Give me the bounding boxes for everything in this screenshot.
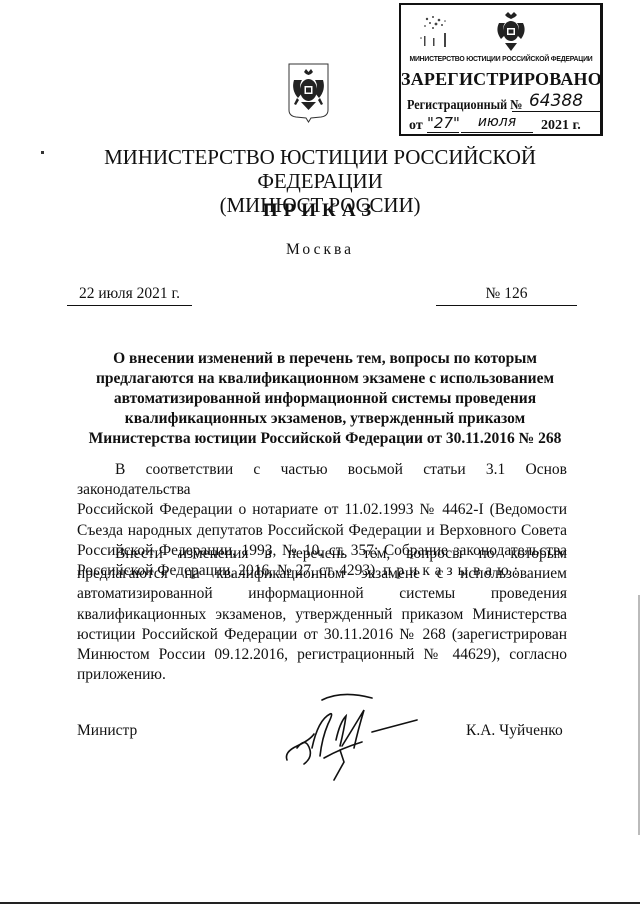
subject-line: Министерства юстиции Российской Федераци… — [82, 429, 568, 449]
text-line: квалификационных экзаменов, утвержденный… — [77, 605, 567, 625]
stamp-regno-value: 64388 — [512, 91, 600, 112]
document-date: 22 июля 2021 г. — [67, 285, 192, 306]
signer-name: К.А. Чуйченко — [466, 722, 563, 740]
text-line: Внести изменения в перечень тем, вопросы… — [77, 544, 567, 564]
scan-edge — [0, 902, 640, 904]
stamp-regno-row: Регистрационный № 64388 — [407, 97, 599, 113]
text-line: Минюстом России 09.12.2016, регистрацион… — [77, 645, 567, 665]
text-line: В соответствии с частью восьмой статьи 3… — [77, 460, 567, 500]
stamp-regno-label: Регистрационный № — [407, 97, 522, 113]
coat-of-arms-icon — [287, 60, 330, 124]
document-subject: О внесении изменений в перечень тем, воп… — [82, 349, 568, 449]
text-line: Российской Федерации о нотариате от 11.0… — [77, 500, 567, 520]
stamp-date-month: июля — [461, 114, 533, 133]
text-line: предлагаются на квалификационном экзамен… — [77, 564, 567, 584]
stamp-date-year: 2021 г. — [541, 118, 581, 134]
stamp-date-prefix: от — [409, 118, 423, 133]
order-paragraph: Внести изменения в перечень тем, вопросы… — [77, 544, 567, 685]
city: Москва — [0, 241, 640, 259]
subject-line: автоматизированной информационной систем… — [82, 389, 568, 409]
signer-title: Министр — [77, 722, 137, 740]
stamp-status: ЗАРЕГИСТРИРОВАНО — [401, 69, 601, 90]
document-number: № 126 — [436, 285, 577, 306]
subject-line: О внесении изменений в перечень тем, воп… — [82, 349, 568, 369]
subject-line: предлагаются на квалификационном экзамен… — [82, 369, 568, 389]
stamp-date-day: "27" — [427, 114, 459, 133]
coat-of-arms-icon — [491, 9, 531, 53]
stamp-ministry-name: МИНИСТЕРСТВО ЮСТИЦИИ РОССИЙСКОЙ ФЕДЕРАЦИ… — [406, 54, 596, 63]
signature-icon — [282, 690, 422, 782]
registration-stamp: МИНИСТЕРСТВО ЮСТИЦИИ РОССИЙСКОЙ ФЕДЕРАЦИ… — [399, 3, 603, 136]
text-line: Съезда народных депутатов Российской Фед… — [77, 521, 567, 541]
ministry-name: МИНИСТЕРСТВО ЮСТИЦИИ РОССИЙСКОЙ ФЕДЕРАЦИ… — [40, 145, 600, 193]
text-line: автоматизированной информационной систем… — [77, 584, 567, 604]
stamp-date-row: от "27" июля 2021 г. — [409, 118, 601, 134]
text-line: приложению. — [77, 665, 567, 685]
text-line: юстиции Российской Федерации от 30.11.20… — [77, 625, 567, 645]
subject-line: квалификационных экзаменов, утвержденный… — [82, 409, 568, 429]
document-type: ПРИКАЗ — [0, 200, 640, 222]
stamp-smudge-mark — [413, 11, 463, 51]
